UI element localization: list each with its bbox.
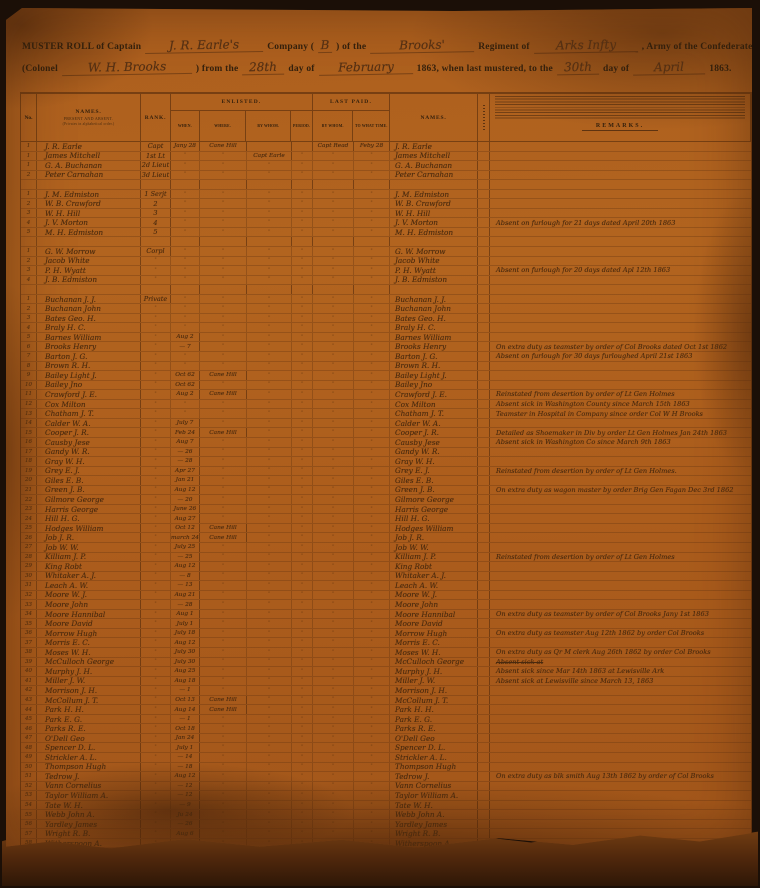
rank-value: " <box>141 572 171 581</box>
rank-value: " <box>141 457 171 466</box>
soldier-name-duplicate: Moore David <box>390 619 478 628</box>
enlisted-where: " <box>200 724 247 733</box>
column-header-names-duplicate: NAMES. <box>390 94 478 141</box>
last-paid-to-what-time: " <box>354 333 390 342</box>
soldier-name: Miller J. W. <box>37 677 141 686</box>
form-label-colonel: (Colonel <box>22 64 58 74</box>
rank-value: " <box>141 724 171 733</box>
last-paid-by-whom: " <box>313 514 354 523</box>
enlisted-by-whom: " <box>247 543 292 552</box>
soldier-name-duplicate: Spencer D. L. <box>390 743 478 752</box>
row-number: 55 <box>21 810 37 819</box>
row-number: 14 <box>21 419 37 428</box>
present-mark <box>478 658 490 667</box>
soldier-name-duplicate: Gandy W. R. <box>390 448 478 457</box>
enlistment-period: " <box>292 428 313 437</box>
soldier-name-duplicate: Grey E. J. <box>390 467 478 476</box>
soldier-name-duplicate: P. H. Wyatt <box>390 266 478 275</box>
enlisted-where: " <box>200 763 247 772</box>
enlistment-period <box>292 285 313 294</box>
enlistment-period: " <box>292 333 313 342</box>
last-paid-to-what-time: " <box>354 581 390 590</box>
enlisted-where: " <box>200 333 247 342</box>
last-paid-by-whom: " <box>313 419 354 428</box>
present-mark <box>478 705 490 714</box>
enlisted-by-whom: " <box>247 591 292 600</box>
present-mark <box>478 323 490 332</box>
table-row: 1 G. A. Buchanan 2d Lieut " " " " " " G.… <box>21 161 751 171</box>
enlistment-period: " <box>292 629 313 638</box>
last-paid-by-whom: " <box>313 820 354 829</box>
enlisted-by-whom: " <box>247 218 292 227</box>
enlisted-by-whom: " <box>247 658 292 667</box>
present-mark <box>478 610 490 619</box>
row-number <box>21 285 37 294</box>
soldier-name-duplicate: Buchanan John <box>390 304 478 313</box>
scanned-muster-roll-page: MUSTER ROLL of Captain J. R. Earle's Com… <box>0 0 760 888</box>
enlisted-when: " <box>171 209 200 218</box>
enlistment-period: " <box>292 190 313 199</box>
enlistment-period: " <box>292 228 313 237</box>
enlisted-where: " <box>200 686 247 695</box>
enlisted-when: Aug 12 <box>171 772 200 781</box>
last-paid-to-what-time: " <box>354 734 390 743</box>
present-mark <box>478 218 490 227</box>
enlisted-by-whom: " <box>247 486 292 495</box>
rotated-column-header <box>478 94 490 141</box>
last-paid-to-what-time: " <box>354 533 390 542</box>
present-mark <box>478 190 490 199</box>
enlistment-period: " <box>292 772 313 781</box>
last-paid-by-whom: " <box>313 524 354 533</box>
enlisted-by-whom: " <box>247 638 292 647</box>
last-paid-by-whom: " <box>313 753 354 762</box>
enlisted-where: Cane Hill <box>200 142 247 151</box>
last-paid-to-what-time: " <box>354 218 390 227</box>
enlisted-by-whom: " <box>247 438 292 447</box>
enlistment-period: " <box>292 438 313 447</box>
enlisted-where: " <box>200 801 247 810</box>
soldier-name-duplicate: Killiam J. P. <box>390 553 478 562</box>
remark-text <box>490 591 751 600</box>
row-number: 21 <box>21 486 37 495</box>
soldier-name-duplicate: McCollum J. T. <box>390 696 478 705</box>
enlisted-when: Apr 27 <box>171 467 200 476</box>
row-number: 19 <box>21 467 37 476</box>
table-row: 35 Moore David " July 1 " " " " " Moore … <box>21 619 751 629</box>
row-number: 23 <box>21 505 37 514</box>
enlistment-period: " <box>292 409 313 418</box>
present-mark <box>478 820 490 829</box>
header-line-2: (Colonel W. H. Brooks ) from the 28th da… <box>22 60 740 75</box>
enlisted-when: Aug 21 <box>171 591 200 600</box>
column-group-last-paid: LAST PAID. BY WHOM. TO WHAT TIME. <box>313 94 390 141</box>
last-paid-by-whom: " <box>313 218 354 227</box>
present-mark <box>478 829 490 838</box>
rank-value: " <box>141 400 171 409</box>
enlisted-when: Oct 62 <box>171 371 200 380</box>
enlistment-period: " <box>292 829 313 838</box>
present-mark <box>478 724 490 733</box>
last-paid-to-what-time <box>354 285 390 294</box>
remark-text <box>490 705 751 714</box>
form-label-year-end: 1863. <box>709 64 731 74</box>
last-paid-to-what-time: " <box>354 829 390 838</box>
enlisted-when: Aug 25 <box>171 667 200 676</box>
rank-value: " <box>141 619 171 628</box>
last-paid-by-whom: " <box>313 772 354 781</box>
last-paid-by-whom: " <box>313 600 354 609</box>
row-number: 43 <box>21 696 37 705</box>
present-mark <box>478 419 490 428</box>
enlisted-by-whom: " <box>247 553 292 562</box>
soldier-name: W. B. Crawford <box>37 199 141 208</box>
last-paid-to-what-time: " <box>354 772 390 781</box>
enlistment-period: " <box>292 591 313 600</box>
enlisted-where: Cane Hill <box>200 371 247 380</box>
last-paid-to-what-time: " <box>354 448 390 457</box>
enlisted-where: Cane Hill <box>200 705 247 714</box>
last-paid-by-whom: " <box>313 228 354 237</box>
enlisted-where: " <box>200 457 247 466</box>
soldier-name: Braly H. C. <box>37 323 141 332</box>
present-mark <box>478 352 490 361</box>
row-number: 8 <box>21 362 37 371</box>
present-mark <box>478 734 490 743</box>
column-header-rank: RANK. <box>141 94 171 141</box>
soldier-name-duplicate: Job W. W. <box>390 543 478 552</box>
enlisted-when: " <box>171 152 200 161</box>
present-mark <box>478 400 490 409</box>
column-header-no: No. <box>21 94 37 141</box>
present-mark <box>478 409 490 418</box>
last-paid-to-what-time: " <box>354 810 390 819</box>
last-paid-to-what-time <box>354 180 390 189</box>
enlistment-period: " <box>292 276 313 285</box>
form-label-day-of-1: day of <box>288 64 314 74</box>
enlisted-when: " <box>171 362 200 371</box>
remark-text <box>490 381 751 390</box>
enlisted-by-whom: " <box>247 419 292 428</box>
enlisted-when: — 12 <box>171 791 200 800</box>
soldier-name-duplicate: J. B. Edmiston <box>390 276 478 285</box>
last-paid-to-what-time: " <box>354 342 390 351</box>
enlisted-where: " <box>200 505 247 514</box>
enlistment-period <box>292 237 313 246</box>
remark-text <box>490 371 751 380</box>
last-paid-by-whom: " <box>313 314 354 323</box>
remark-text <box>490 524 751 533</box>
present-mark <box>478 648 490 657</box>
row-number: 41 <box>21 677 37 686</box>
last-paid-by-whom: " <box>313 199 354 208</box>
last-paid-by-whom: " <box>313 323 354 332</box>
soldier-name-duplicate: Moore W. J. <box>390 591 478 600</box>
enlisted-where: " <box>200 553 247 562</box>
column-header-remarks: REMARKS. <box>490 94 751 141</box>
last-paid-to-what-time: " <box>354 266 390 275</box>
form-label-of-the: ) of the <box>336 42 366 52</box>
table-row: 14 Calder W. A. " July 7 " " " " " Calde… <box>21 419 751 429</box>
remark-text <box>490 495 751 504</box>
present-mark <box>478 199 490 208</box>
soldier-name-duplicate: W. H. Hill <box>390 209 478 218</box>
table-row: 24 Hill H. G. " Aug 27 " " " " " Hill H.… <box>21 514 751 524</box>
soldier-name-duplicate: Buchanan J. J. <box>390 295 478 304</box>
enlisted-when: " <box>171 266 200 275</box>
soldier-name-duplicate: Bates Geo. H. <box>390 314 478 323</box>
rank-value: 1st Lt <box>141 152 171 161</box>
last-paid-by-whom: " <box>313 409 354 418</box>
soldier-name: P. H. Wyatt <box>37 266 141 275</box>
last-paid-by-whom <box>313 285 354 294</box>
soldier-name: Morrison J. H. <box>37 686 141 695</box>
enlisted-when: Ju 24 <box>171 810 200 819</box>
rank-value: " <box>141 658 171 667</box>
last-paid-to-what-time: " <box>354 419 390 428</box>
remark-text: Detailed as Shoemaker in Div by order Lt… <box>490 428 751 437</box>
enlistment-period: " <box>292 304 313 313</box>
rank-value: " <box>141 686 171 695</box>
row-number: 4 <box>21 276 37 285</box>
soldier-name: McCulloch George <box>37 658 141 667</box>
table-row: 12 Cox Milton " " " " " " " Cox Milton A… <box>21 400 751 410</box>
present-mark <box>478 810 490 819</box>
soldier-name: Gandy W. R. <box>37 448 141 457</box>
soldier-name-duplicate: Barton J. G. <box>390 352 478 361</box>
row-number: 54 <box>21 801 37 810</box>
present-mark <box>478 457 490 466</box>
row-number: 42 <box>21 686 37 695</box>
soldier-name-duplicate: Brown R. H. <box>390 362 478 371</box>
enlistment-period: " <box>292 677 313 686</box>
enlisted-when: Aug 12 <box>171 562 200 571</box>
enlisted-when: Aug 12 <box>171 638 200 647</box>
rank-value: " <box>141 524 171 533</box>
remark-text <box>490 543 751 552</box>
last-paid-to-what-time: " <box>354 591 390 600</box>
table-row: 43 McCollum J. T. " Oct 13 Cane Hill " "… <box>21 696 751 706</box>
rank-value: " <box>141 390 171 399</box>
last-paid-to-what-time: " <box>354 619 390 628</box>
table-row: 2 Buchanan John " " " " " " " Buchanan J… <box>21 304 751 314</box>
row-number: 3 <box>21 266 37 275</box>
remark-text <box>490 295 751 304</box>
table-row: 53 Taylor William A. " — 12 " " " " " Ta… <box>21 791 751 801</box>
enlisted-by-whom: " <box>247 209 292 218</box>
remark-text <box>490 323 751 332</box>
enlisted-when: — 28 <box>171 600 200 609</box>
last-paid-by-whom <box>313 180 354 189</box>
table-row: 34 Moore Hannibal " Aug 1 " " " " " Moor… <box>21 610 751 620</box>
last-paid-by-whom: " <box>313 829 354 838</box>
regiment-name-handwritten: Brooks' <box>370 37 474 54</box>
table-row: 1 G. W. Morrow Corpl " " " " " " G. W. M… <box>21 247 751 257</box>
enlisted-when: Oct 62 <box>171 381 200 390</box>
last-paid-to-what-time: " <box>354 161 390 170</box>
table-row: 26 Job J. R. " march 24 Cane Hill " " " … <box>21 533 751 543</box>
last-paid-by-whom: " <box>313 495 354 504</box>
row-number: 3 <box>21 209 37 218</box>
rank-value: " <box>141 304 171 313</box>
present-mark <box>478 228 490 237</box>
enlistment-period: " <box>292 705 313 714</box>
enlisted-when: " <box>171 276 200 285</box>
last-paid-to-what-time: " <box>354 390 390 399</box>
enlisted-when: " <box>171 199 200 208</box>
enlisted-when: — 14 <box>171 753 200 762</box>
row-number: 1 <box>21 142 37 151</box>
last-paid-to-what-time: " <box>354 553 390 562</box>
soldier-name: Killiam J. P. <box>37 553 141 562</box>
table-row: 28 Killiam J. P. " — 25 " " " " " Killia… <box>21 553 751 563</box>
last-paid-by-whom: " <box>313 209 354 218</box>
enlisted-when: " <box>171 218 200 227</box>
soldier-name-duplicate: Park H. H. <box>390 705 478 714</box>
present-mark <box>478 572 490 581</box>
row-number: 34 <box>21 610 37 619</box>
rank-value: " <box>141 314 171 323</box>
enlisted-by-whom: " <box>247 572 292 581</box>
last-paid-by-whom: " <box>313 791 354 800</box>
soldier-name: Buchanan J. J. <box>37 295 141 304</box>
row-number: 1 <box>21 152 37 161</box>
last-paid-to-what-time: " <box>354 667 390 676</box>
table-row: 40 Murphy J. H. " Aug 25 " " " " " Murph… <box>21 667 751 677</box>
rank-value: " <box>141 629 171 638</box>
enlisted-where: " <box>200 218 247 227</box>
remark-text <box>490 247 751 256</box>
last-paid-by-whom: " <box>313 648 354 657</box>
enlistment-period: " <box>292 505 313 514</box>
table-row: 5 Barnes William " Aug 2 " " " " " Barne… <box>21 333 751 343</box>
rank-value: " <box>141 782 171 791</box>
rank-value: " <box>141 438 171 447</box>
last-paid-by-whom: Capt Read <box>313 142 354 151</box>
enlistment-period: " <box>292 763 313 772</box>
table-row: 19 Grey E. J. " Apr 27 " " " " " Grey E.… <box>21 467 751 477</box>
rank-value: " <box>141 533 171 542</box>
row-number: 18 <box>21 457 37 466</box>
last-paid-by-whom: " <box>313 448 354 457</box>
last-paid-by-whom: " <box>313 266 354 275</box>
enlisted-where: " <box>200 352 247 361</box>
remark-text <box>490 237 751 246</box>
soldier-name: Hodges William <box>37 524 141 533</box>
soldier-name-duplicate: Thompson Hugh <box>390 763 478 772</box>
last-paid-to-what-time: Feby 28 <box>354 142 390 151</box>
enlisted-when: July 1 <box>171 619 200 628</box>
rank-value: " <box>141 362 171 371</box>
remark-text <box>490 285 751 294</box>
enlistment-period: " <box>292 419 313 428</box>
rank-value: " <box>141 829 171 838</box>
last-paid-to-what-time: " <box>354 724 390 733</box>
enlisted-by-whom: " <box>247 667 292 676</box>
present-mark <box>478 553 490 562</box>
soldier-name: Calder W. A. <box>37 419 141 428</box>
rank-value: " <box>141 610 171 619</box>
last-paid-to-what-time: " <box>354 323 390 332</box>
present-mark <box>478 801 490 810</box>
row-number: 53 <box>21 791 37 800</box>
form-label-when-last-mustered: 1863, when last mustered, to the <box>417 64 553 74</box>
row-number: 22 <box>21 495 37 504</box>
enlisted-when: July 18 <box>171 629 200 638</box>
present-mark <box>478 390 490 399</box>
last-paid-by-whom: " <box>313 658 354 667</box>
present-mark <box>478 171 490 180</box>
enlisted-where: " <box>200 667 247 676</box>
enlisted-where: " <box>200 295 247 304</box>
soldier-name-duplicate: Cooper J. R. <box>390 428 478 437</box>
enlistment-period: " <box>292 400 313 409</box>
soldier-name-duplicate: Park E. G. <box>390 715 478 724</box>
enlisted-where: " <box>200 304 247 313</box>
remark-text <box>490 696 751 705</box>
soldier-name: Brooks Henry <box>37 342 141 351</box>
remark-text <box>490 142 751 151</box>
row-number: 1 <box>21 247 37 256</box>
last-paid-to-what-time <box>354 237 390 246</box>
last-paid-by-whom: " <box>313 152 354 161</box>
header-line-1: MUSTER ROLL of Captain J. R. Earle's Com… <box>22 38 740 53</box>
enlisted-where: " <box>200 753 247 762</box>
enlisted-when: " <box>171 171 200 180</box>
enlisted-by-whom: " <box>247 648 292 657</box>
row-number: 2 <box>21 199 37 208</box>
enlisted-where: " <box>200 228 247 237</box>
enlistment-period: " <box>292 448 313 457</box>
enlisted-when: — 1 <box>171 715 200 724</box>
enlisted-where: " <box>200 629 247 638</box>
present-mark <box>478 495 490 504</box>
soldier-name: Brown R. H. <box>37 362 141 371</box>
last-paid-to-what-time: " <box>354 514 390 523</box>
enlistment-period: " <box>292 743 313 752</box>
soldier-name-duplicate: Tedrow J. <box>390 772 478 781</box>
table-row: 52 Vann Cornelius " — 12 " " " " " Vann … <box>21 782 751 792</box>
enlisted-where: " <box>200 648 247 657</box>
soldier-name-duplicate: Job J. R. <box>390 533 478 542</box>
row-number <box>21 237 37 246</box>
last-paid-by-whom: " <box>313 371 354 380</box>
present-mark <box>478 438 490 447</box>
soldier-name-duplicate: Bailey Light J. <box>390 371 478 380</box>
last-paid-by-whom: " <box>313 734 354 743</box>
present-mark <box>478 161 490 170</box>
enlisted-where: Cane Hill <box>200 390 247 399</box>
last-paid-by-whom: " <box>313 505 354 514</box>
present-mark <box>478 467 490 476</box>
row-number: 15 <box>21 428 37 437</box>
present-mark <box>478 591 490 600</box>
table-row: 31 Leach A. W. " — 13 " " " " " Leach A.… <box>21 581 751 591</box>
soldier-name: James Mitchell <box>37 152 141 161</box>
soldier-name-duplicate: G. W. Morrow <box>390 247 478 256</box>
soldier-name: Bailey Light J. <box>37 371 141 380</box>
row-number: 46 <box>21 724 37 733</box>
enlisted-when: June 26 <box>171 505 200 514</box>
remark-text <box>490 228 751 237</box>
muster-roll-document: MUSTER ROLL of Captain J. R. Earle's Com… <box>6 8 752 862</box>
table-row: 4 Braly H. C. " " " " " " " Braly H. C. <box>21 323 751 333</box>
table-row: 4 J. B. Edmiston " " " " " " " J. B. Edm… <box>21 276 751 286</box>
enlistment-period: " <box>292 782 313 791</box>
last-paid-by-whom: " <box>313 381 354 390</box>
enlisted-where: " <box>200 467 247 476</box>
enlisted-by-whom: " <box>247 247 292 256</box>
